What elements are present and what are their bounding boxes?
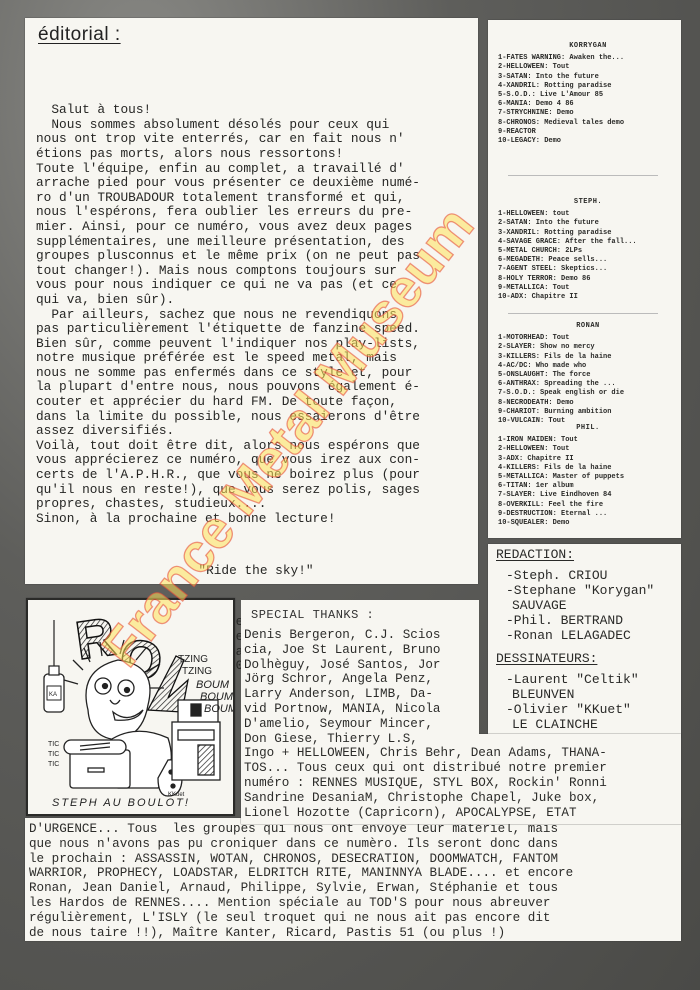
sfx-tic-1: TIC	[48, 741, 59, 748]
credits-panel: REDACTION: -Steph. CRIOU-Stephane "Koryg…	[488, 544, 681, 738]
playlist-item: 2-SATAN: Into the future	[498, 219, 678, 228]
editorial-line: Par ailleurs, sachez que nous ne revendi…	[36, 308, 476, 323]
playlist-item: 5-ONSLAUGHT: The force	[498, 371, 678, 380]
editorial-line: supplémentaires, une meilleure présentat…	[36, 235, 476, 250]
thanks-line: TOS... Tous ceux qui ont distribué notre…	[244, 761, 479, 776]
playlist-item: 5-METALLICA: Master of puppets	[498, 473, 678, 482]
playlist-item: 4-KILLERS: Fils de la haine	[498, 464, 678, 473]
editorial-line: la plupart d'entre nous, nous pouvons ég…	[36, 380, 476, 395]
credit-name: -Laurent "Celtik"	[506, 672, 681, 687]
editorial-line: vous pour nous indiquer ce qui ne va pas…	[36, 278, 476, 293]
divider	[508, 175, 658, 176]
redaction-title: REDACTION:	[496, 547, 681, 562]
editorial-line: Toute l'équipe, enfin au complet, a trav…	[36, 162, 476, 177]
editorial-line: nous l'espérons, fera oublier les erreur…	[36, 205, 476, 220]
editorial-line: qu'il nous en reste!), que vous serez po…	[36, 483, 476, 498]
thanks-line: le prochain : ASSASSIN, WOTAN, CHRONOS, …	[29, 852, 573, 867]
playlist-item: 1-IRON MAIDEN: Tout	[498, 436, 678, 445]
editorial-line: arrache pied pour vous présenter ce deux…	[36, 176, 476, 191]
editorial-line: Voilà, tout doit être dit, alors nous es…	[36, 439, 476, 454]
editorial-line: Salut à tous!	[36, 103, 476, 118]
playlist-item: 7-STRYCHNINE: Demo	[498, 109, 678, 118]
playlist-item: 9-METALLICA: Tout	[498, 284, 678, 293]
playlist-item: 6-MANIA: Demo 4 86	[498, 100, 678, 109]
playlist-item: 10-SQUEALER: Demo	[498, 519, 678, 528]
cartoon-caption: STEPH AU BOULOT!	[52, 797, 190, 809]
playlist-item: 6-ANTHRAX: Spreading the ...	[498, 380, 678, 389]
thanks-line: WARRIOR, PROPHECY, LOADSTAR, ELDRITCH RI…	[29, 866, 573, 881]
thanks-line: Sandrine DesaniaM, Christophe Chapel, Ju…	[244, 791, 479, 806]
editorial-line: tout changer!). Mais nous comptons toujo…	[36, 264, 476, 279]
editorial-line: qui va, bien sûr).	[36, 293, 476, 308]
playlist-item: 5-S.O.D.: Live L'Amour 85	[498, 91, 678, 100]
sfx-tzing-2: TZING	[182, 666, 212, 677]
credit-surname: SAUVAGE	[512, 598, 681, 613]
editorial-line: Bien sûr, comme peuvent l'indiquer nos p…	[36, 337, 476, 352]
playlist-ronan: RONAN 1-MOTORHEAD: Tout2-SLAYER: Show no…	[498, 322, 678, 426]
editorial-line: nous ne somme pas enfermés dans ce style…	[36, 366, 476, 381]
editorial-line: vous apprécierez ce numéro, que vous ire…	[36, 453, 476, 468]
playlist-item: 9-DESTRUCTION: Eternal ...	[498, 510, 678, 519]
credit-name: -Stephane "Korygan"	[506, 583, 681, 598]
editorial-line: ro d'un TROUBADOUR totalement transformé…	[36, 191, 476, 206]
editorial-line: propres, chastes, studieux....	[36, 497, 476, 512]
thanks-line: cia, Joe St Laurent, Bruno	[244, 643, 479, 658]
editorial-line: nous ont trop vite enterrés, car en fait…	[36, 132, 476, 147]
playlist-korrygan: KORRYGAN 1-FATES WARNING: Awaken the...2…	[498, 42, 678, 146]
playlist-item: 4-SAVAGE GRACE: After the fall...	[498, 238, 678, 247]
playlist-name: STEPH.	[498, 198, 678, 207]
editorial-line: Sinon, à la prochaine et bonne lecture!	[36, 512, 476, 527]
editorial-line: pas particulièrement l'étiquette de fanz…	[36, 322, 476, 337]
sfx-tic-3: TIC	[48, 761, 59, 768]
playlist-item: 3-ADX: Chapitre II	[498, 455, 678, 464]
thanks-panel: SPECIAL THANKS : Denis Bergeron, C.J. Sc…	[241, 600, 479, 840]
editorial-line: certs de l'A.P.H.R., que vous ne boirez …	[36, 468, 476, 483]
playlist-item: 1-HELLOWEEN: tout	[498, 210, 678, 219]
thanks-line: Jörg Schror, Angela Penz,	[244, 672, 479, 687]
playlist-item: 7-S.O.D.: Speak english or die	[498, 389, 678, 398]
thanks-line: vid Portnow, MANIA, Nicola	[244, 702, 479, 717]
editorial-title: éditorial :	[38, 24, 121, 46]
thanks-line: Larry Anderson, LIMB, Da-	[244, 687, 479, 702]
thanks-line: Lionel Hozotte (Capricorn), APOCALYPSE, …	[244, 806, 479, 821]
credit-surname: BLEUNVEN	[512, 687, 681, 702]
thanks-line: Dolhèguy, José Santos, Jor	[244, 658, 479, 673]
editorial-text: Salut à tous! Nous sommes absolument dés…	[36, 103, 476, 526]
thanks-line: Don Giese, Thierry L.S,	[244, 732, 479, 747]
credit-name: -Ronan LELAGADEC	[506, 628, 681, 643]
editorial-panel: éditorial : Salut à tous! Nous sommes ab…	[25, 18, 478, 584]
thanks-line: numéro : RENNES MUSIQUE, STYL BOX, Rocki…	[244, 776, 479, 791]
redaction-list: -Steph. CRIOU-Stephane "Korygan"SAUVAGE-…	[488, 568, 681, 643]
playlist-name: RONAN	[498, 322, 678, 331]
editorial-line: dans la limite du possible, nous essaier…	[36, 410, 476, 425]
playlist-item: 8-HOLY TERROR: Demo 86	[498, 275, 678, 284]
cartoon-illustration: R O KA	[26, 598, 235, 816]
playlist-item: 5-METAL CHURCH: 2LPs	[498, 247, 678, 256]
thanks-line: Denis Bergeron, C.J. Scios	[244, 628, 479, 643]
editorial-line: mier. Ainsi, pour ce numéro, vous avez d…	[36, 220, 476, 235]
editorial-line: notre musique préférée est le speed meta…	[36, 351, 476, 366]
dessinateurs-list: -Laurent "Celtik"BLEUNVEN-Olivier "KKuet…	[488, 672, 681, 732]
playlist-item: 1-MOTORHEAD: Tout	[498, 334, 678, 343]
thanks-line: de nous taire !!), Maître Kanter, Ricard…	[29, 926, 573, 941]
playlist-item: 9-REACTOR	[498, 128, 678, 137]
playlist-item: 3-XANDRIL: Rotting paradise	[498, 229, 678, 238]
playlist-item: 6-TITAN: 1er album	[498, 482, 678, 491]
divider	[508, 313, 658, 314]
editorial-line: assez diversifiés.	[36, 424, 476, 439]
playlist-item: 2-HELLOWEEN: Tout	[498, 445, 678, 454]
playlist-name: PHIL.	[498, 424, 678, 433]
editorial-line: couter et apprécier du hard FM. De toute…	[36, 395, 476, 410]
credit-name: -Phil. BERTRAND	[506, 613, 681, 628]
credit-surname: LE CLAINCHE	[512, 717, 681, 732]
sfx-tzing-1: TZING	[178, 654, 208, 665]
sfx-boum-3: BOUM	[204, 703, 233, 715]
dessinateurs-title: DESSINATEURS:	[496, 651, 681, 666]
playlist-item: 1-FATES WARNING: Awaken the...	[498, 54, 678, 63]
editorial-line: Nous sommes absolument désolés pour ceux…	[36, 118, 476, 133]
playlist-item: 4-AC/DC: Who made who	[498, 362, 678, 371]
thanks-line: D'amelio, Seymour Mincer,	[244, 717, 479, 732]
playlist-name: KORRYGAN	[498, 42, 678, 51]
playlists-panel: KORRYGAN 1-FATES WARNING: Awaken the...2…	[488, 20, 681, 538]
playlist-item: 8-NECRODEATH: Demo	[498, 399, 678, 408]
thanks-text: Denis Bergeron, C.J. Scioscia, Joe St La…	[244, 628, 479, 746]
playlist-item: 2-HELLOWEEN: Tout	[498, 63, 678, 72]
thanks-line: Ronan, Jean Daniel, Arnaud, Philippe, Sy…	[29, 881, 573, 896]
thanks-title: SPECIAL THANKS :	[251, 608, 479, 622]
cartoon-drawing: R O KA	[28, 600, 233, 814]
sfx-boum-2: BOUM	[200, 691, 233, 703]
editorial-motto: "Ride the sky!"	[36, 564, 476, 579]
sfx-boum-1: BOUM	[196, 679, 230, 691]
thanks-text-wide: Ingo + HELLOWEEN, Chris Behr, Dean Adams…	[244, 746, 479, 820]
playlist-item: 10-ADX: Chapitre II	[498, 293, 678, 302]
playlist-item: 7-AGENT STEEL: Skeptics...	[498, 265, 678, 274]
bottle-icon: KA	[44, 620, 64, 712]
sfx-tic-2: TIC	[48, 751, 59, 758]
playlist-steph: STEPH. 1-HELLOWEEN: tout2-SATAN: Into th…	[498, 198, 678, 302]
svg-text:KA: KA	[49, 692, 57, 698]
playlist-phil: PHIL. 1-IRON MAIDEN: Tout2-HELLOWEEN: To…	[498, 424, 678, 528]
playlist-item: 2-SLAYER: Show no mercy	[498, 343, 678, 352]
playlist-item: 7-SLAYER: Live Eindhoven 84	[498, 491, 678, 500]
playlist-item: 4-XANDRIL: Rotting paradise	[498, 82, 678, 91]
playlist-item: 8-CHRONOS: Medieval tales demo	[498, 119, 678, 128]
playlist-item: 9-CHARIOT: Burning ambition	[498, 408, 678, 417]
thanks-line: régulièrement, L'ISLY (le seul troquet q…	[29, 911, 573, 926]
credit-name: -Steph. CRIOU	[506, 568, 681, 583]
playlist-item: 6-MEGADETH: Peace sells...	[498, 256, 678, 265]
credit-name: -Olivier "KKuet"	[506, 702, 681, 717]
typewriter-icon	[64, 731, 182, 796]
playlist-item: 10-LEGACY: Demo	[498, 137, 678, 146]
playlist-item: 8-OVERKILL: Feel the fire	[498, 501, 678, 510]
playlist-item: 3-SATAN: Into the future	[498, 73, 678, 82]
playlist-item: 3-KILLERS: Fils de la haine	[498, 353, 678, 362]
thanks-line: les Hardos de RENNES.... Mention spécial…	[29, 896, 573, 911]
thanks-line: Ingo + HELLOWEEN, Chris Behr, Dean Adams…	[244, 746, 479, 761]
editorial-line: groupes plusconnus et le même prix (on n…	[36, 249, 476, 264]
editorial-line: étions pas morts, alors nous ressortons!	[36, 147, 476, 162]
